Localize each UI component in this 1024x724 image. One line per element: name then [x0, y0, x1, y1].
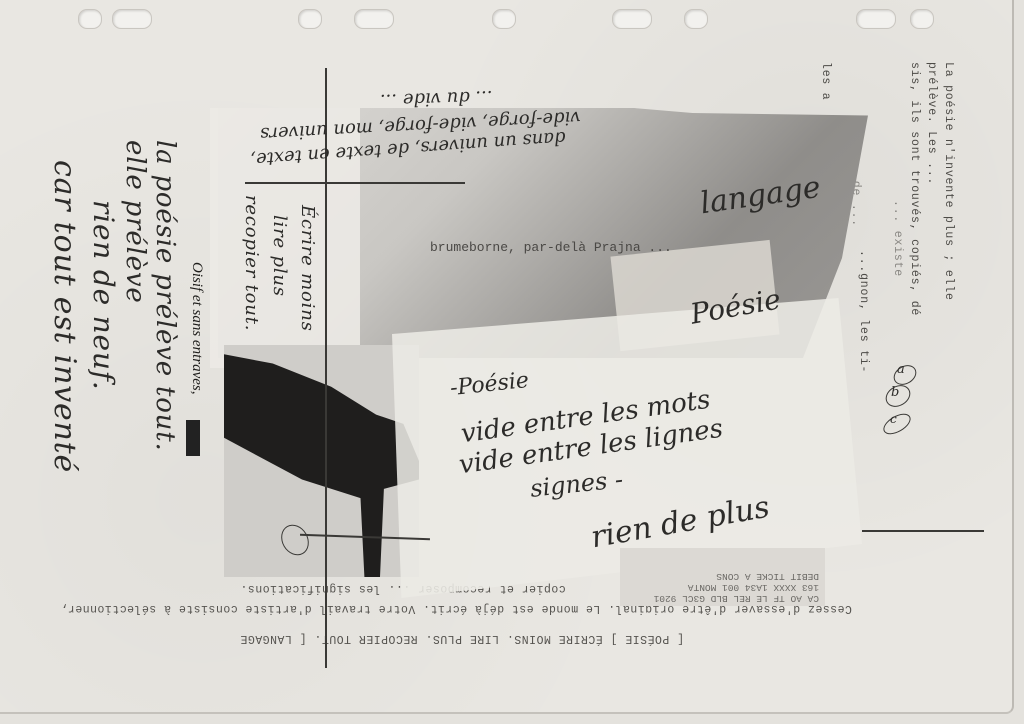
receipt-text: CA AO TF LE REL BLD G3CL 9201 163 XXXX 1…: [620, 548, 825, 606]
black-white-photo-fragment: [224, 345, 419, 577]
paper-sheet: La poésie n'invente plus ; elle prélève.…: [0, 0, 1014, 714]
mark-letter: b: [891, 385, 899, 400]
punch-hole: [112, 9, 152, 29]
punch-hole: [492, 9, 516, 29]
typed-line: La poésie n'invente plus ; elle: [942, 62, 955, 301]
pen-line: [245, 182, 465, 184]
handwritten-line: ... du vide ...: [380, 86, 493, 111]
printed-caption: Oisif et sans entraves,: [188, 262, 205, 395]
ink-blot: [186, 420, 200, 456]
typed-line: sis, ils sont trouvés, copiés, dé: [908, 62, 921, 316]
typed-line: [ POÉSIE ] ÉCRIRE MOINS. LIRE PLUS. RECO…: [240, 632, 684, 645]
typed-line: prélève. Les ...: [925, 62, 938, 185]
mark-letter: c: [890, 412, 897, 426]
punch-hole: [354, 9, 394, 29]
pen-line: [862, 530, 984, 532]
mark-letter: a: [897, 362, 905, 377]
dark-shape: [224, 345, 419, 577]
handwritten-line: rien de neuf.: [87, 200, 120, 391]
handwritten-line: Écrire moins: [297, 205, 318, 332]
typed-line: brumeborne, par-delà Prajna ...: [430, 240, 672, 255]
punch-hole: [78, 9, 102, 29]
punch-hole: [910, 9, 934, 29]
handwritten-line: lire plus: [269, 215, 290, 297]
handwritten-line: recopier tout.: [241, 195, 262, 331]
punch-hole: [856, 9, 896, 29]
handwritten-line: elle prélève: [120, 140, 150, 304]
typed-line: ... existe: [891, 200, 904, 277]
punch-hole: [684, 9, 708, 29]
typed-line: ...gnon, les ti-: [857, 250, 870, 373]
punch-hole: [298, 9, 322, 29]
circled-mark: [880, 410, 914, 439]
receipt-fragment: CA AO TF LE REL BLD G3CL 9201 163 XXXX 1…: [620, 548, 825, 606]
handwritten-line: la poésie prélève tout.: [150, 140, 180, 452]
typed-line: les a: [819, 62, 832, 101]
punch-hole: [612, 9, 652, 29]
handwritten-line: car tout est inventé: [47, 160, 82, 473]
